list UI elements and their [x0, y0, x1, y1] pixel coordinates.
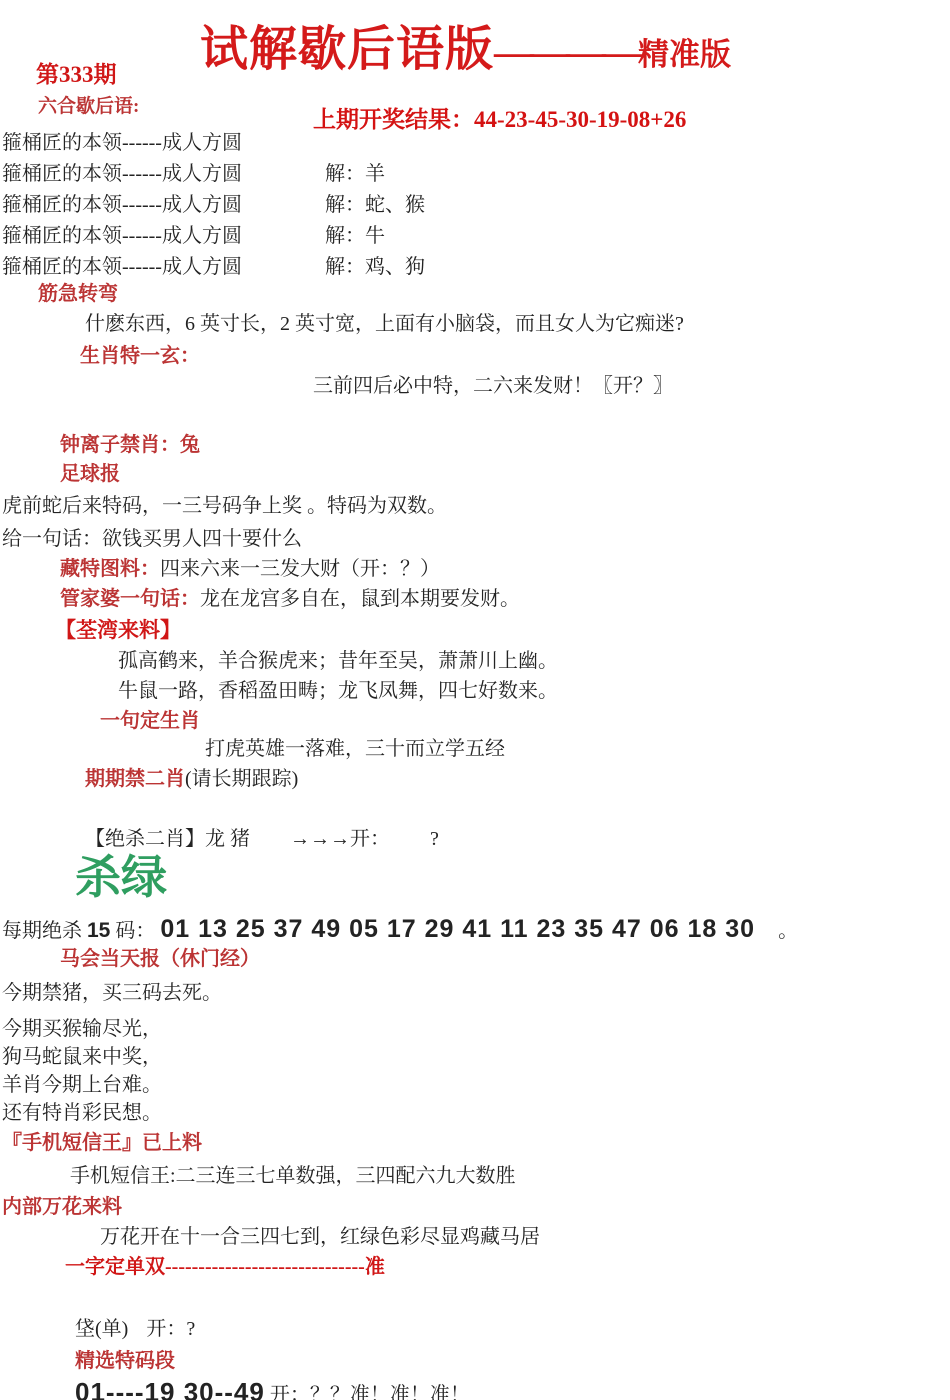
arrow-right-icon: →→→开： — [290, 828, 390, 850]
one-word-dash-rule: ------------------------------ — [165, 1256, 365, 1278]
kill-two-label: 【绝杀二肖】 — [85, 828, 205, 850]
dan-line: 垡(单)开：? — [75, 1318, 195, 1341]
mahui-line: 还有特肖彩民想。 — [2, 1102, 162, 1125]
dan-open: 开：? — [146, 1318, 195, 1340]
one-sentence-line: 打虎英雄一落难，三十而立学五经 — [205, 738, 505, 761]
riddle-row: 箍桶匠的本领------成人方圆 解：牛 — [2, 225, 932, 248]
quanwan-line1: 孤高鹤来，羊合猴虎来；昔年至吴，萧萧川上幽。 — [118, 650, 558, 673]
sms-king-heading: 『手机短信王』已上料 — [2, 1132, 202, 1155]
riddle-text: 箍桶匠的本领------成人方圆 — [2, 132, 242, 154]
brain-teaser-heading: 筋急转弯 — [38, 283, 118, 306]
riddle-text: 箍桶匠的本领------成人方圆 — [2, 256, 242, 278]
wanhua-line: 万花开在十一合三四七到，红绿色彩尽显鸡藏马居 — [100, 1226, 540, 1249]
page-title-suffix: 精准版 — [638, 37, 731, 72]
riddle-text: 箍桶匠的本领------成人方圆 — [2, 194, 242, 216]
riddle-answer: 解：鸡、狗 — [325, 256, 425, 279]
riddle-answer: 解：牛 — [325, 225, 385, 248]
riddle-row: 箍桶匠的本领------成人方圆 解：羊 — [2, 163, 932, 186]
one-word-label: 一字定单双 — [65, 1256, 165, 1278]
page-title: 试解歇后语版————精准版 — [200, 22, 731, 77]
kill-15-period: 。 — [778, 920, 798, 942]
lottery-tip-sheet: 试解歇后语版————精准版 第333期 六合歇后语: 上期开奖结果：44-23-… — [0, 0, 950, 1400]
zodiac-special-heading: 生肖特一玄： — [80, 345, 200, 368]
football-line2: 给一句话：欲钱买男人四十要什么 — [2, 528, 302, 551]
category-heading: 六合歇后语: — [38, 96, 139, 118]
riddle-row: 箍桶匠的本领------成人方圆 解：蛇、猴 — [2, 194, 932, 217]
kill-two-animals: 龙 猪 — [205, 828, 250, 850]
guanjiapo-line: 管家婆一句话：龙在龙宫多自在，鼠到本期要发财。 — [60, 588, 520, 611]
riddle-row: 箍桶匠的本领------成人方圆 — [2, 132, 932, 155]
special-segment-line: 01----19 30--49 开：？？准！准！准！ — [75, 1378, 470, 1400]
mahui-line: 今期买猴输尽光， — [2, 1018, 162, 1041]
page-title-main: 试解歇后语版 — [200, 23, 494, 76]
dan-text: 垡(单) — [75, 1318, 128, 1340]
quanwan-heading: 【荃湾来料】 — [55, 618, 181, 642]
issue-number: 第333期 — [36, 62, 117, 88]
mahui-heading: 马会当天报（休门经） — [60, 948, 260, 971]
riddle-answer: 解：蛇、猴 — [325, 194, 425, 217]
one-word-suffix: 准 — [365, 1256, 385, 1278]
last-draw-result: 上期开奖结果：44-23-45-30-19-08+26 — [313, 107, 686, 133]
mahui-line: 今期禁猪，买三码去死。 — [2, 982, 222, 1005]
special-segment-heading: 精选特码段 — [75, 1350, 175, 1373]
wanhua-heading: 内部万花来料 — [2, 1196, 122, 1219]
kill-15-count: 15 — [87, 919, 110, 942]
mahui-line: 狗马蛇鼠来中奖， — [2, 1046, 162, 1069]
riddle-text: 箍桶匠的本领------成人方圆 — [2, 225, 242, 247]
football-line1: 虎前蛇后来特码，一三号码争上奖 。特码为双数。 — [2, 495, 447, 518]
ban-two-label: 期期禁二肖 — [85, 768, 185, 790]
riddle-text: 箍桶匠的本领------成人方圆 — [2, 163, 242, 185]
zodiac-special-line: 三前四后必中特，二六来发财！〖开？〗 — [313, 375, 673, 398]
special-segment-rest: 开：？？准！准！准！ — [270, 1384, 470, 1400]
cangte-text: 四来六来一三发大财（开：？） — [160, 558, 440, 580]
mahui-line: 羊肖今期上台难。 — [2, 1074, 162, 1097]
football-heading: 足球报 — [60, 463, 120, 486]
guanjiapo-label: 管家婆一句话： — [60, 588, 200, 610]
brain-teaser-question: 什麽东西，6 英寸长，2 英寸宽，上面有小脑袋，而且女人为它痴迷? — [85, 313, 684, 336]
ban-two-line: 期期禁二肖(请长期跟踪) — [85, 768, 298, 791]
cangte-line: 藏特图料：四来六来一三发大财（开：？） — [60, 558, 440, 581]
cangte-label: 藏特图料： — [60, 558, 160, 580]
one-sentence-heading: 一句定生肖 — [100, 710, 200, 733]
kill-15-prefix: 每期绝杀 — [2, 920, 82, 942]
kill-15-mid: 码： — [115, 920, 155, 942]
riddle-answer: 解：羊 — [325, 163, 385, 186]
kill-green-label: 杀绿 — [75, 852, 167, 905]
kill-two-result: ? — [430, 828, 439, 850]
one-word-line: 一字定单双------------------------------准 — [65, 1256, 385, 1279]
guanjiapo-text: 龙在龙宫多自在，鼠到本期要发财。 — [200, 588, 520, 610]
kill-15-numbers: 01 13 25 37 49 05 17 29 41 11 23 35 47 0… — [160, 915, 755, 943]
kill-two-line: 【绝杀二肖】龙 猪→→→开：? — [85, 828, 439, 851]
title-dash-rule: ———— — [494, 29, 638, 74]
quanwan-line2: 牛鼠一路，香稻盈田畴；龙飞凤舞，四七好数来。 — [118, 680, 558, 703]
special-segment-numbers: 01----19 30--49 — [75, 1377, 265, 1400]
ban-zodiac-line: 钟离子禁肖：兔 — [60, 434, 200, 457]
kill-15-line: 每期绝杀 15 码： 01 13 25 37 49 05 17 29 41 11… — [2, 915, 798, 944]
riddle-row: 箍桶匠的本领------成人方圆 解：鸡、狗 — [2, 256, 932, 279]
sms-king-line: 手机短信王:二三连三七单数强，三四配六九大数胜 — [70, 1165, 516, 1188]
ban-two-note: (请长期跟踪) — [185, 768, 298, 790]
